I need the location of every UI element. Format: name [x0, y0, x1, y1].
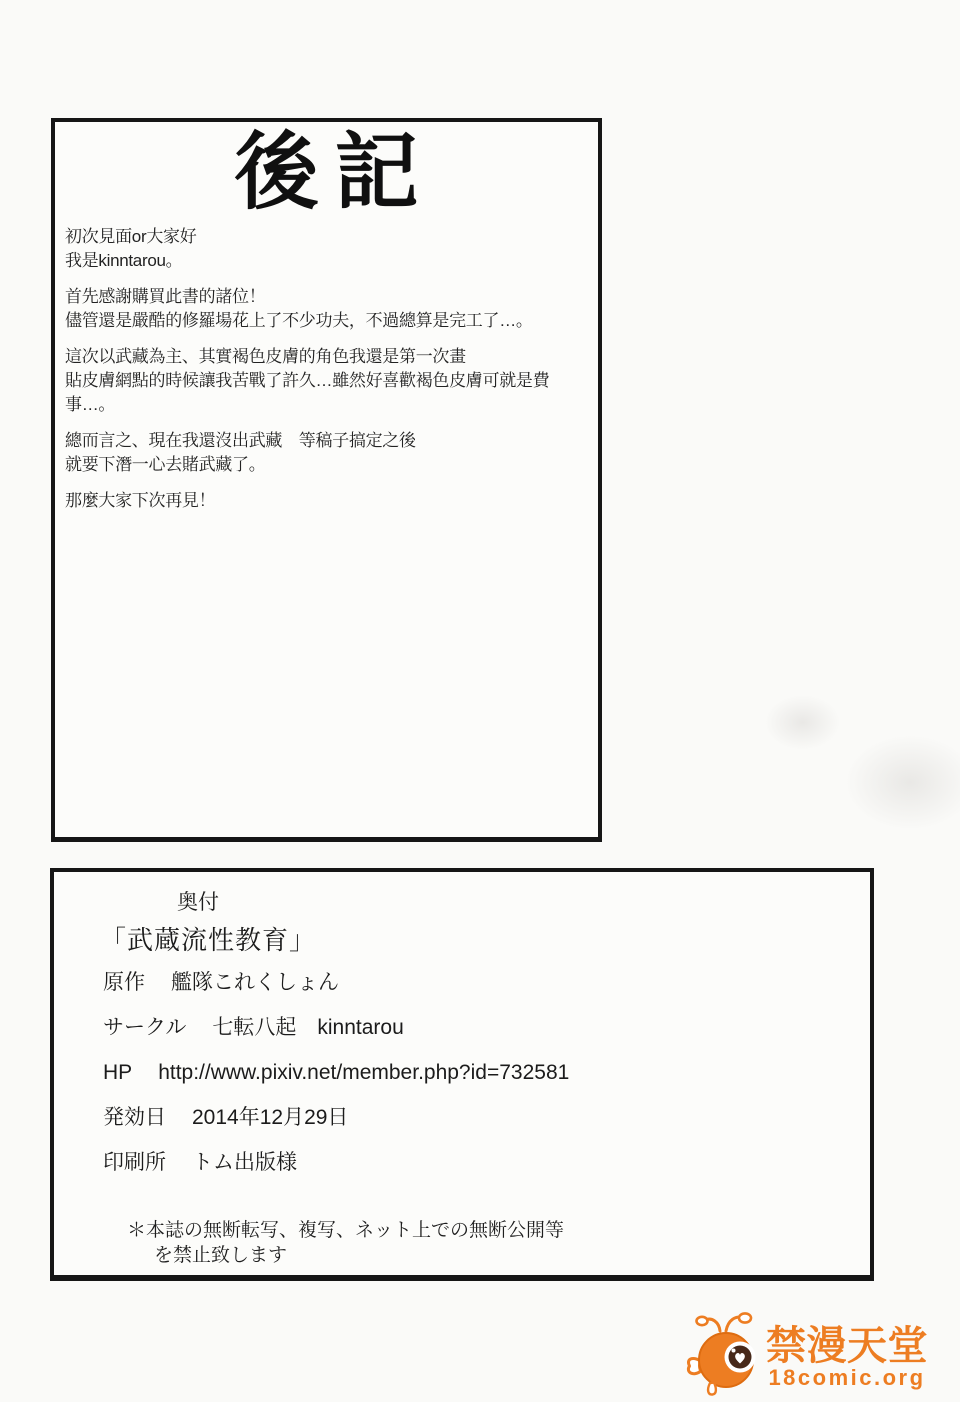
book-title: 「武蔵流性教育」: [100, 920, 316, 957]
site-watermark: 禁漫天堂 18comic.org: [686, 1308, 928, 1398]
afterword-body: 初次見面or大家好 我是kinntarou。 首先感謝購買此書的諸位！ 儘管還是…: [65, 225, 594, 525]
afterword-paragraph: 初次見面or大家好 我是kinntarou。: [65, 225, 594, 273]
afterword-paragraph: 這次以武藏為主、其實褐色皮膚的角色我還是第一次畫 貼皮膚網點的時候讓我苦戰了許久…: [65, 345, 594, 417]
afterword-paragraph: 總而言之、現在我還沒出武藏 等稿子搞定之後 就要下潛一心去賭武藏了。: [65, 429, 594, 477]
afterword-paragraph: 首先感謝購買此書的諸位！ 儘管還是嚴酷的修羅場花上了不少功夫，不過總算是完工了……: [65, 285, 594, 333]
afterword-title: 後記: [55, 118, 598, 226]
watermark-text: 禁漫天堂 18comic.org: [766, 1325, 928, 1389]
scan-smudge: [845, 735, 960, 830]
scanned-afterword-page: 後記 初次見面or大家好 我是kinntarou。 首先感謝購買此書的諸位！ 儘…: [0, 0, 960, 1402]
row-value: 2014年12月29日: [192, 1106, 348, 1129]
row-label: サークル: [103, 1016, 186, 1040]
row-label: 印刷所: [103, 1151, 166, 1175]
row-label: 発効日: [103, 1106, 166, 1130]
copyright-notice-line1: ＊本誌の無断転写、複写、ネット上での無断公開等: [127, 1218, 564, 1243]
watermark-site-url: 18comic.org: [766, 1367, 928, 1389]
colophon-panel: 奥付 「武蔵流性教育」 原作艦隊これくしょん サークル七転八起 kinntaro…: [50, 868, 874, 1281]
colophon-row-circle: サークル七転八起 kinntarou: [103, 1016, 569, 1040]
whale-mascot-icon: [686, 1308, 764, 1398]
scan-smudge: [765, 695, 840, 750]
row-label: HP: [103, 1061, 132, 1085]
row-label: 原作: [103, 971, 145, 995]
colophon-section-label: 奥付: [177, 886, 219, 916]
row-value: 艦隊これくしょん: [171, 971, 339, 994]
afterword-panel: 後記 初次見面or大家好 我是kinntarou。 首先感謝購買此書的諸位！ 儘…: [51, 118, 602, 842]
watermark-site-name: 禁漫天堂: [766, 1325, 928, 1367]
row-value-url: http://www.pixiv.net/member.php?id=73258…: [158, 1061, 569, 1084]
colophon-row-issue-date: 発効日2014年12月29日: [103, 1106, 569, 1130]
copyright-notice: ＊本誌の無断転写、複写、ネット上での無断公開等 を禁止致します: [127, 1218, 564, 1268]
colophon-row-printer: 印刷所トム出版様: [103, 1151, 569, 1175]
row-value: 七転八起 kinntarou: [212, 1016, 403, 1039]
row-value: トム出版様: [192, 1151, 297, 1174]
colophon-rows: 原作艦隊これくしょん サークル七転八起 kinntarou HPhttp://w…: [103, 971, 569, 1196]
copyright-notice-line2: を禁止致します: [154, 1243, 564, 1268]
colophon-row-homepage: HPhttp://www.pixiv.net/member.php?id=732…: [103, 1061, 569, 1085]
afterword-paragraph: 那麼大家下次再見！: [65, 489, 594, 513]
colophon-row-original-work: 原作艦隊これくしょん: [103, 971, 569, 995]
